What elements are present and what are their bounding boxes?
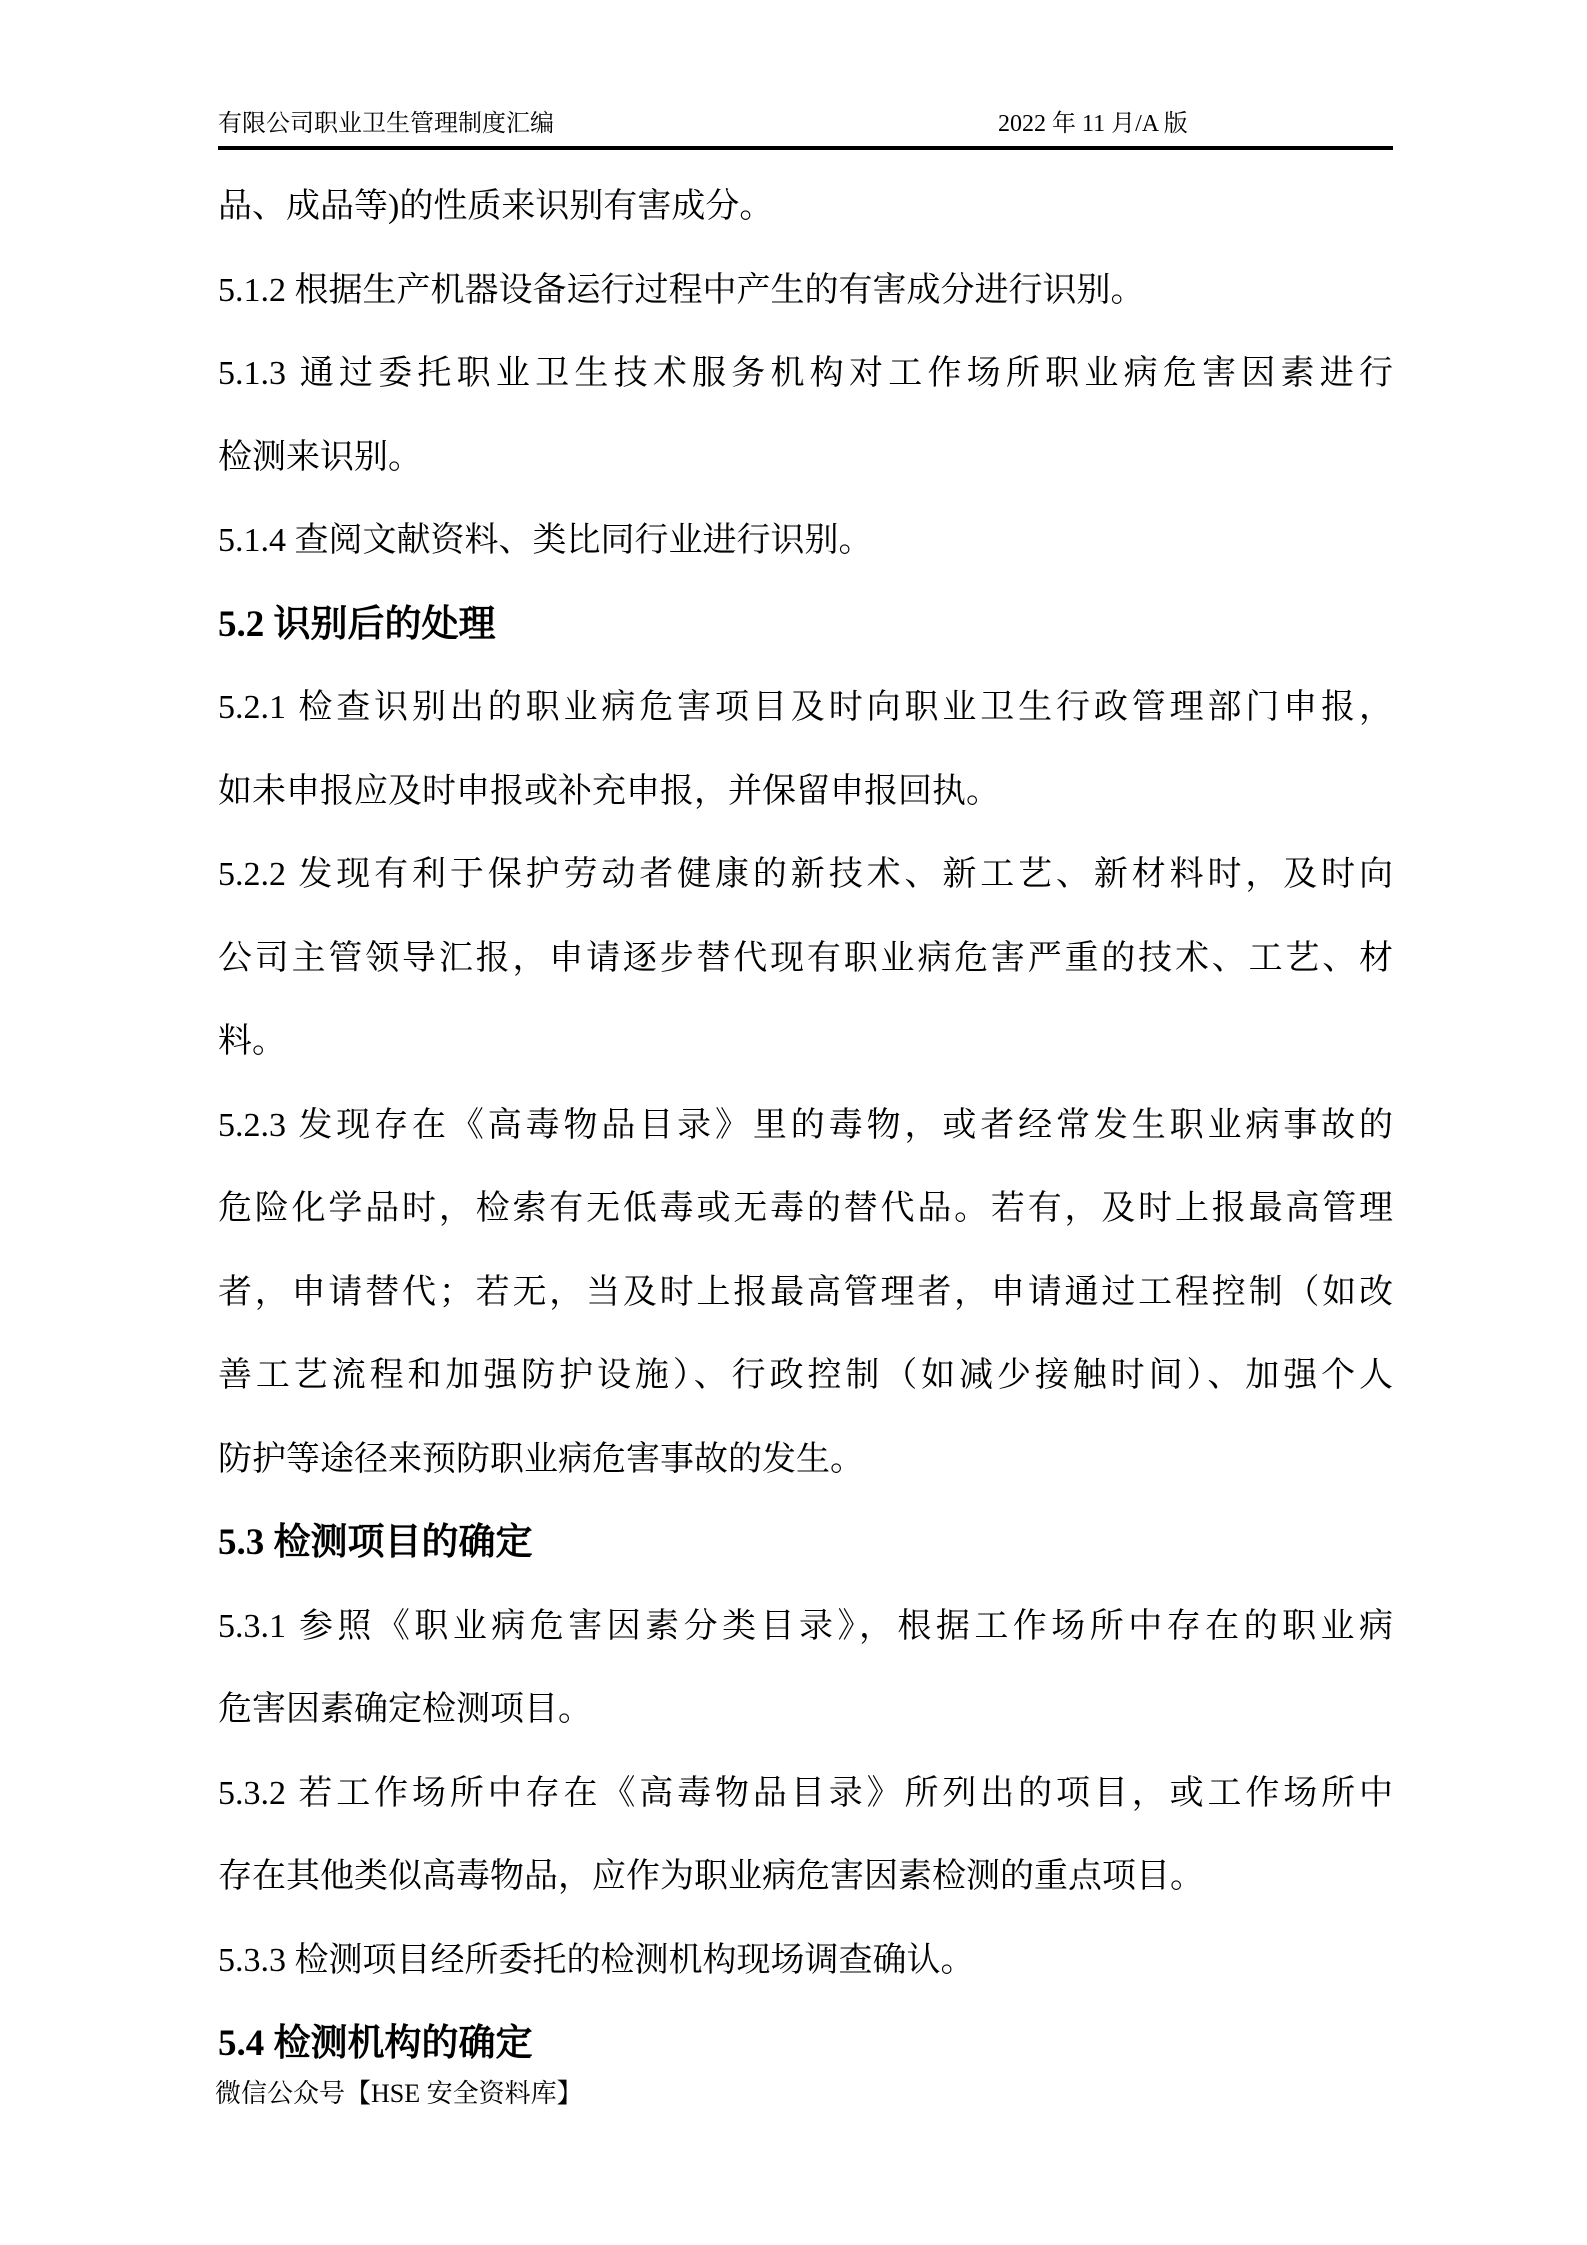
section-heading: 5.2 识别后的处理 — [218, 583, 1393, 667]
section-heading: 5.3 检测项目的确定 — [218, 1501, 1393, 1585]
body-line: 者，申请替代；若无，当及时上报最高管理者，申请通过工程控制（如改 — [218, 1251, 1393, 1335]
body-line: 5.1.2 根据生产机器设备运行过程中产生的有害成分进行识别。 — [218, 249, 1393, 333]
body-line: 危害因素确定检测项目。 — [218, 1668, 1393, 1752]
footer-wechat-text: 微信公众号【HSE 安全资料库】 — [215, 2078, 583, 2110]
body-line: 5.1.3 通过委托职业卫生技术服务机构对工作场所职业病危害因素进行 — [218, 332, 1393, 416]
body-line: 存在其他类似高毒物品，应作为职业病危害因素检测的重点项目。 — [218, 1835, 1393, 1919]
body-line: 检测来识别。 — [218, 416, 1393, 500]
body-line: 善工艺流程和加强防护设施）、行政控制（如减少接触时间）、加强个人 — [218, 1334, 1393, 1418]
section-heading: 5.4 检测机构的确定 — [218, 2002, 1393, 2086]
header-doc-title: 有限公司职业卫生管理制度汇编 — [218, 110, 554, 138]
body-line: 5.2.1 检查识别出的职业病危害项目及时向职业卫生行政管理部门申报， — [218, 666, 1393, 750]
header-version-date: 2022 年 11 月/A 版 — [998, 110, 1188, 138]
body-line: 5.3.3 检测项目经所委托的检测机构现场调查确认。 — [218, 1919, 1393, 2003]
body-line: 5.3.2 若工作场所中存在《高毒物品目录》所列出的项目，或工作场所中 — [218, 1752, 1393, 1836]
body-line: 防护等途径来预防职业病危害事故的发生。 — [218, 1418, 1393, 1502]
body-line: 如未申报应及时申报或补充申报，并保留申报回执。 — [218, 750, 1393, 834]
body-line: 5.1.4 查阅文献资料、类比同行业进行识别。 — [218, 499, 1393, 583]
document-page: 有限公司职业卫生管理制度汇编 2022 年 11 月/A 版 品、成品等)的性质… — [0, 0, 1587, 2245]
body-line: 公司主管领导汇报，申请逐步替代现有职业病危害严重的技术、工艺、材 — [218, 917, 1393, 1001]
header-rule — [218, 146, 1393, 150]
body-line: 品、成品等)的性质来识别有害成分。 — [218, 165, 1393, 249]
body-line: 5.2.3 发现存在《高毒物品目录》里的毒物，或者经常发生职业病事故的 — [218, 1084, 1393, 1168]
body-line: 危险化学品时，检索有无低毒或无毒的替代品。若有，及时上报最高管理 — [218, 1167, 1393, 1251]
body-line: 5.2.2 发现有利于保护劳动者健康的新技术、新工艺、新材料时，及时向 — [218, 833, 1393, 917]
document-body: 品、成品等)的性质来识别有害成分。 5.1.2 根据生产机器设备运行过程中产生的… — [218, 165, 1393, 2086]
body-line: 5.3.1 参照《职业病危害因素分类目录》，根据工作场所中存在的职业病 — [218, 1585, 1393, 1669]
body-line: 料。 — [218, 1000, 1393, 1084]
